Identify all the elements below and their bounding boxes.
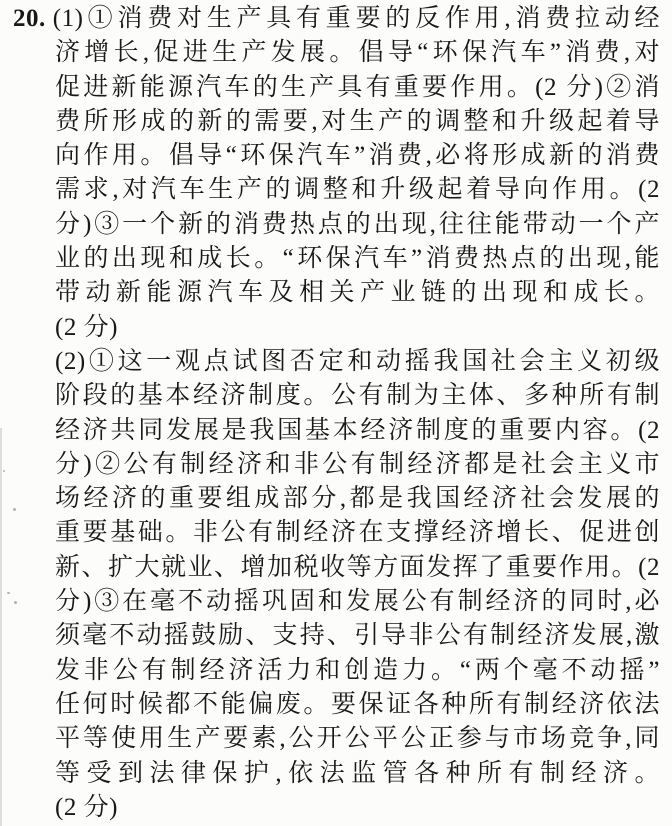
text-line: 20.(1)①消费对生产具有重要的反作用,消费拉动经: [13, 2, 660, 36]
score-note: (2 分): [13, 311, 660, 345]
text-line: 平等使用生产要素,公开公平公正参与市场竞争,同: [13, 722, 660, 756]
text-line: 分)②公有制经济和非公有制经济都是社会主义市: [13, 448, 660, 482]
question-number: 20.: [13, 5, 46, 32]
text-line: 经济共同发展是我国基本经济制度的重要内容。(2: [13, 414, 660, 448]
scan-speck: [3, 470, 5, 472]
line-text: (1)①消费对生产具有重要的反作用,消费拉动经: [53, 5, 660, 32]
text-line: 带动新能源汽车及相关产业链的出现和成长。: [13, 276, 660, 310]
text-line: 场经济的重要组成部分,都是我国经济社会发展的: [13, 482, 660, 516]
text-line: 须毫不动摇鼓励、支持、引导非公有制经济发展,激: [13, 619, 660, 653]
scan-speck: [7, 592, 10, 594]
text-line: 济增长,促进生产发展。倡导“环保汽车”消费,对: [13, 36, 660, 70]
answer-text-block: 20.(1)①消费对生产具有重要的反作用,消费拉动经 济增长,促进生产发展。倡导…: [13, 2, 660, 825]
text-line: 重要基础。非公有制经济在支撑经济增长、促进创: [13, 516, 660, 550]
text-line: 发非公有制经济活力和创造力。“两个毫不动摇”: [13, 654, 660, 688]
scan-speck: [13, 508, 16, 511]
text-line: (2)①这一观点试图否定和动摇我国社会主义初级: [13, 345, 660, 379]
text-line: 促进新能源汽车的生产具有重要作用。(2 分)②消: [13, 71, 660, 105]
scan-edge-artifact: [0, 428, 2, 826]
text-line: 阶段的基本经济制度。公有制为主体、多种所有制: [13, 379, 660, 413]
text-line: 费所形成的新的需要,对生产的调整和升级起着导: [13, 105, 660, 139]
scanned-answer-page: 20.(1)①消费对生产具有重要的反作用,消费拉动经 济增长,促进生产发展。倡导…: [0, 0, 672, 826]
text-line: 需求,对汽车生产的调整和升级起着导向作用。(2: [13, 173, 660, 207]
text-line: 任何时候都不能偏废。要保证各种所有制经济依法: [13, 688, 660, 722]
text-line: 等受到法律保护,依法监管各种所有制经济。: [13, 757, 660, 791]
text-line: 分)③一个新的消费热点的出现,往往能带动一个产: [13, 208, 660, 242]
score-note: (2 分): [13, 791, 660, 825]
text-line: 分)③在毫不动摇巩固和发展公有制经济的同时,必: [13, 585, 660, 619]
text-line: 向作用。倡导“环保汽车”消费,必将形成新的消费: [13, 139, 660, 173]
scan-speck: [14, 601, 17, 604]
text-line: 新、扩大就业、增加税收等方面发挥了重要作用。(2: [13, 551, 660, 585]
text-line: 业的出现和成长。“环保汽车”消费热点的出现,能: [13, 242, 660, 276]
